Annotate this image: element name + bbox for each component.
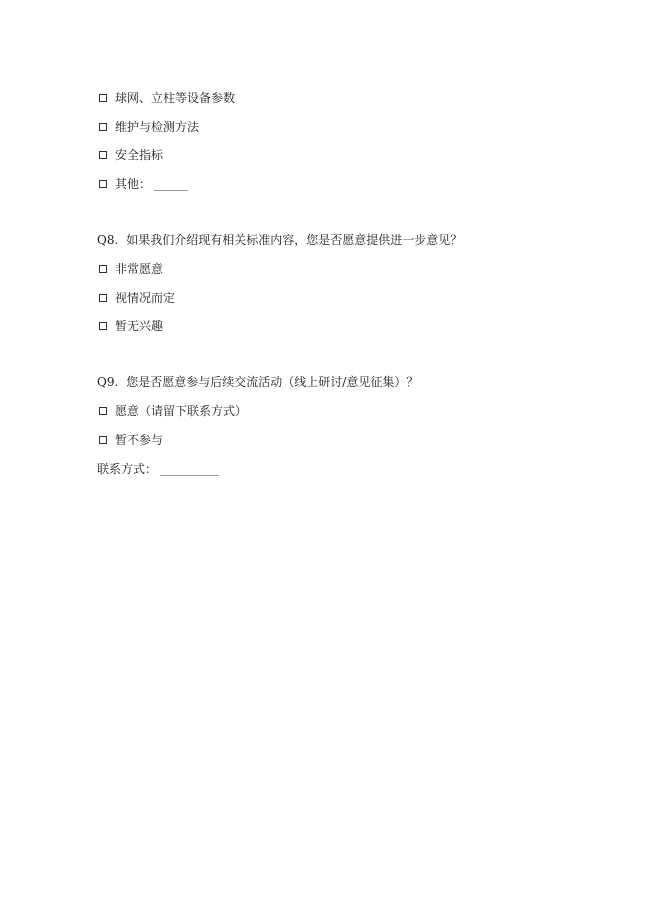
- contact-label: 联系方式：: [97, 461, 157, 477]
- option-other[interactable]: 其他：: [98, 176, 188, 192]
- checkbox-icon[interactable]: [99, 294, 107, 302]
- option-equipment-params[interactable]: 球网、立柱等设备参数: [98, 90, 235, 106]
- option-label: 愿意（请留下联系方式）: [115, 403, 247, 419]
- option-label: 暂不参与: [115, 432, 163, 448]
- option-label: 球网、立柱等设备参数: [115, 90, 235, 106]
- checkbox-icon[interactable]: [99, 123, 107, 131]
- q8-option-depends[interactable]: 视情况而定: [98, 290, 175, 306]
- checkbox-icon[interactable]: [99, 436, 107, 444]
- question-text: 您是否愿意参与后续交流活动（线上研讨/意见征集）？: [126, 374, 418, 390]
- option-label: 暂无兴趣: [115, 318, 163, 334]
- option-maintenance-methods[interactable]: 维护与检测方法: [98, 119, 199, 135]
- checkbox-icon[interactable]: [99, 407, 107, 415]
- other-blank-field[interactable]: [154, 180, 188, 191]
- option-safety-indicators[interactable]: 安全指标: [98, 147, 163, 163]
- q8-option-not-interested[interactable]: 暂无兴趣: [98, 318, 163, 334]
- question-number: Q9.: [97, 374, 118, 390]
- question-text: 如果我们介绍现有相关标准内容，您是否愿意提供进一步意见？: [126, 232, 462, 248]
- option-label: 视情况而定: [115, 290, 175, 306]
- document-page: 球网、立柱等设备参数 维护与检测方法 安全指标 其他： Q8. 如果我们介绍现有…: [0, 0, 650, 919]
- option-label: 维护与检测方法: [115, 119, 199, 135]
- checkbox-icon[interactable]: [99, 265, 107, 273]
- contact-info-line: 联系方式：: [97, 461, 219, 477]
- contact-blank-field[interactable]: [160, 465, 219, 476]
- q8-option-very-willing[interactable]: 非常愿意: [98, 261, 163, 277]
- option-label: 其他：: [115, 176, 151, 192]
- option-label: 非常愿意: [115, 261, 163, 277]
- checkbox-icon[interactable]: [99, 151, 107, 159]
- option-label: 安全指标: [115, 147, 163, 163]
- checkbox-icon[interactable]: [99, 94, 107, 102]
- checkbox-icon[interactable]: [99, 322, 107, 330]
- q9-option-willing[interactable]: 愿意（请留下联系方式）: [98, 403, 247, 419]
- question-q9: Q9. 您是否愿意参与后续交流活动（线上研讨/意见征集）？: [97, 374, 418, 390]
- question-number: Q8.: [97, 232, 118, 248]
- checkbox-icon[interactable]: [99, 180, 107, 188]
- question-q8: Q8. 如果我们介绍现有相关标准内容，您是否愿意提供进一步意见？: [97, 232, 462, 248]
- q9-option-decline[interactable]: 暂不参与: [98, 432, 163, 448]
